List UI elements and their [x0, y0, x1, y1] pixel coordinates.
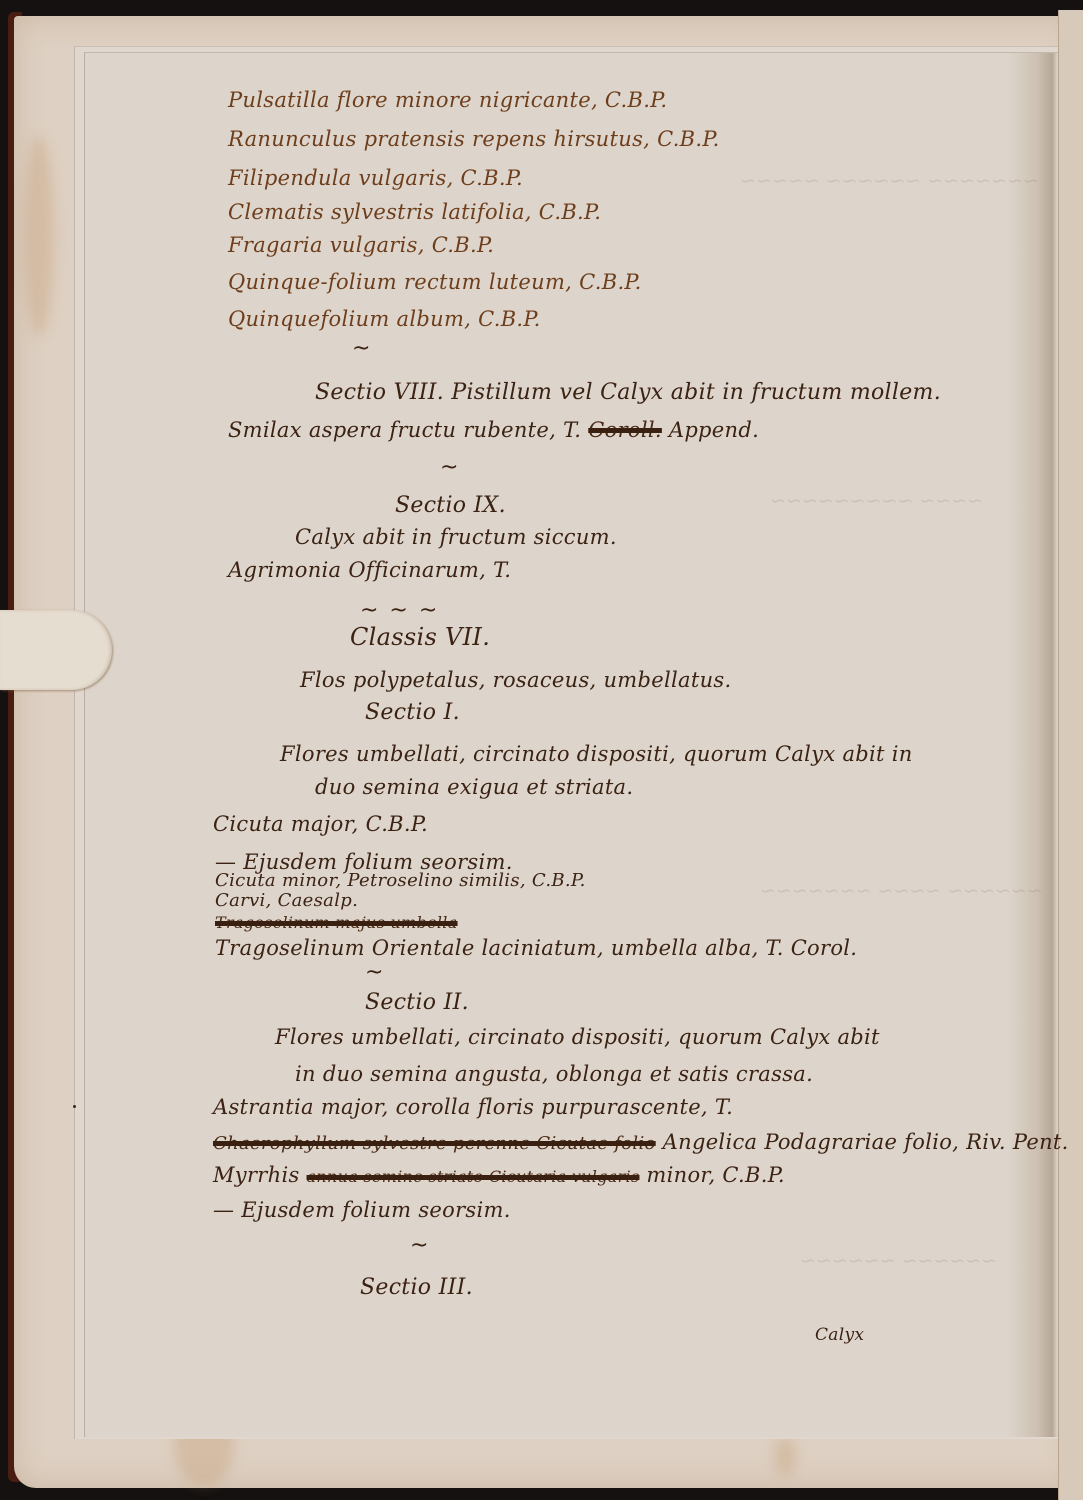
text-line: Flores umbellati, circinato dispositi, q… [275, 1025, 880, 1049]
text-line: Cicuta minor, Petroselino similis, C.B.P… [215, 870, 586, 891]
right-page-edge [1058, 10, 1083, 1500]
separator-flourish: ~ [440, 455, 458, 480]
text-line: Flos polypetalus, rosaceus, umbellatus. [300, 668, 731, 692]
text-line: Chaerophyllum sylvestre perenne Cicutae … [213, 1130, 1069, 1154]
separator-flourish: ~ [365, 960, 383, 985]
text-line: Quinque-folium rectum luteum, C.B.P. [228, 270, 642, 294]
text-line: Pulsatilla flore minore nigricante, C.B.… [228, 88, 667, 112]
foxing-stain [774, 1436, 796, 1476]
struck-text: Tragoselinum majus umbella [215, 913, 458, 932]
text-line: Agrimonia Officinarum, T. [228, 558, 511, 582]
text-line: Quinquefolium album, C.B.P. [228, 307, 541, 331]
struck-text: Coroll. [588, 418, 662, 442]
class-heading: Classis VII. [350, 623, 490, 651]
text-line: Tragoselinum Orientale laciniatum, umbel… [215, 936, 857, 960]
paper-bookmark-tab[interactable] [0, 610, 112, 690]
section-heading: Sectio IX. [395, 493, 506, 518]
section-heading: Sectio VIII. Pistillum vel Calyx abit in… [315, 380, 941, 405]
text-line: duo semina exigua et striata. [315, 775, 633, 799]
text-line: Carvi, Caesalp. [215, 890, 358, 911]
foxing-stain [24, 136, 54, 336]
text-line: Filipendula vulgaris, C.B.P. [228, 166, 523, 190]
section-heading: Sectio II. [365, 990, 469, 1015]
struck-text: Chaerophyllum sylvestre perenne Cicutae … [213, 1133, 656, 1154]
struck-text: annua semine striato Cicutaria vulgaris [307, 1167, 640, 1186]
text-line: Smilax aspera fructu rubente, T. Coroll.… [228, 418, 759, 442]
text-line: Myrrhis annua semine striato Cicutaria v… [213, 1163, 785, 1187]
ink-speck [73, 1105, 76, 1108]
text-line: Ranunculus pratensis repens hirsutus, C.… [228, 127, 720, 151]
section-heading: Sectio I. [365, 700, 460, 725]
text-line: Flores umbellati, circinato dispositi, q… [280, 742, 913, 766]
separator-flourish: ~ [410, 1233, 428, 1258]
text-line: Clematis sylvestris latifolia, C.B.P. [228, 200, 601, 224]
text-line: Astrantia major, corolla floris purpuras… [213, 1095, 733, 1119]
text-line: Cicuta major, C.B.P. [213, 812, 428, 836]
section-heading: Sectio III. [360, 1275, 473, 1300]
text-line: Fragaria vulgaris, C.B.P. [228, 233, 494, 257]
text-line: in duo semina angusta, oblonga et satis … [295, 1062, 813, 1086]
separator-flourish: ~ ~ ~ [360, 598, 439, 623]
separator-flourish: ~ [352, 336, 370, 361]
catchword: Calyx [815, 1325, 864, 1345]
text-line: Calyx abit in fructum siccum. [295, 525, 617, 549]
text-line: — Ejusdem folium seorsim. [213, 1198, 511, 1222]
